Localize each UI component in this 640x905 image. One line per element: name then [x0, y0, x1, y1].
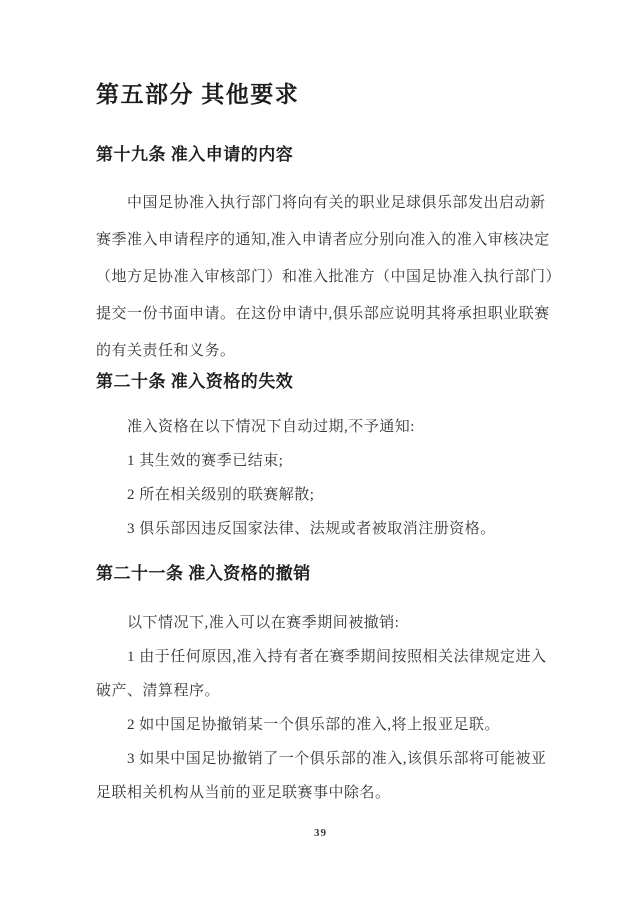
article-21-item-2: 2 如中国足协撤销某一个俱乐部的准入,将上报亚足联。 [96, 708, 566, 742]
document-page: 第五部分 其他要求 第十九条 准入申请的内容 中国足协准入执行部门将向有关的职业… [0, 0, 640, 905]
article-21-item-3: 3 如果中国足协撤销了一个俱乐部的准入,该俱乐部将可能被亚 足联相关机构从当前的… [96, 742, 566, 810]
article-19-paragraph: 中国足协准入执行部门将向有关的职业足球俱乐部发出启动新 赛季准入申请程序的通知,… [96, 185, 566, 370]
article-20-heading: 第二十条 准入资格的失效 [96, 370, 640, 394]
section-article-19: 第十九条 准入申请的内容 中国足协准入执行部门将向有关的职业足球俱乐部发出启动新… [96, 143, 640, 370]
page-number: 39 [96, 826, 545, 840]
article-21-item-1: 1 由于任何原因,准入持有者在赛季期间按照相关法律规定进入 破产、清算程序。 [96, 640, 566, 708]
article-20-intro: 准入资格在以下情况下自动过期,不予通知: [96, 410, 566, 444]
section-article-20: 第二十条 准入资格的失效 准入资格在以下情况下自动过期,不予通知: 1 其生效的… [96, 370, 640, 546]
article-20-item-1: 1 其生效的赛季已结束; [96, 444, 566, 478]
article-21-heading: 第二十一条 准入资格的撤销 [96, 562, 640, 586]
article-20-item-3: 3 俱乐部因违反国家法律、法规或者被取消注册资格。 [96, 512, 566, 546]
section-article-21: 第二十一条 准入资格的撤销 以下情况下,准入可以在赛季期间被撤销: 1 由于任何… [96, 562, 640, 810]
article-20-item-2: 2 所在相关级别的联赛解散; [96, 478, 566, 512]
article-19-heading: 第十九条 准入申请的内容 [96, 143, 640, 167]
article-21-intro: 以下情况下,准入可以在赛季期间被撤销: [96, 606, 566, 640]
part-title: 第五部分 其他要求 [96, 80, 640, 110]
